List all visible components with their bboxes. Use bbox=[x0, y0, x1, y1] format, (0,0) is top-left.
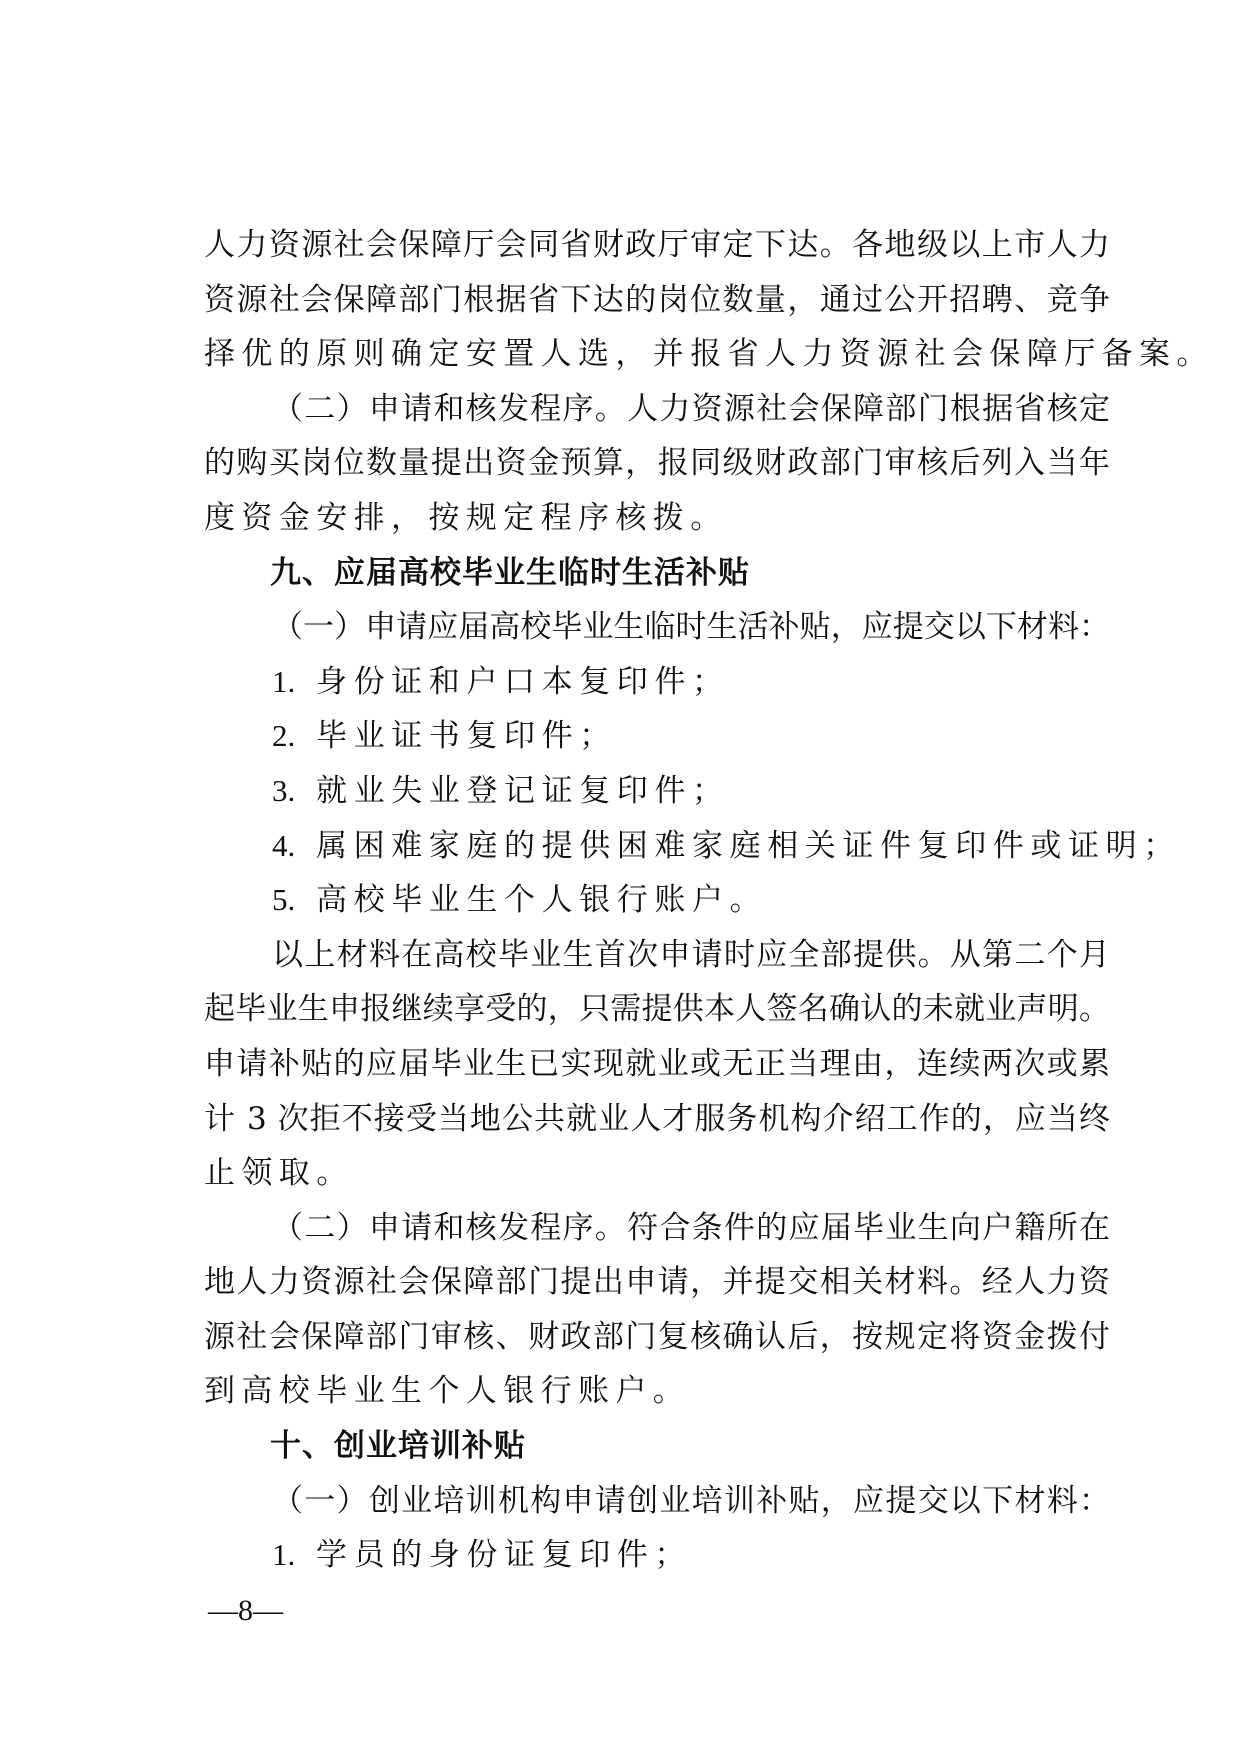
list-number: 4. bbox=[272, 819, 316, 874]
list-item: 3.就业失业登记证复印件； bbox=[204, 764, 1110, 819]
paragraph-line: 地人力资源社会保障部门提出申请，并提交相关材料。经人力资 bbox=[204, 1255, 1110, 1310]
paragraph-line: 度资金安排，按规定程序核拨。 bbox=[204, 491, 1110, 546]
paragraph-line: （一）创业培训机构申请创业培训补贴，应提交以下材料： bbox=[204, 1474, 1110, 1529]
list-number: 1. bbox=[272, 1528, 316, 1583]
paragraph-line: 择优的原则确定安置人选，并报省人力资源社会保障厅备案。 bbox=[204, 327, 1110, 382]
list-item: 5.高校毕业生个人银行账户。 bbox=[204, 873, 1110, 928]
paragraph-line: （二）申请和核发程序。符合条件的应届毕业生向户籍所在 bbox=[204, 1201, 1110, 1256]
list-number: 3. bbox=[272, 764, 316, 819]
paragraph-line: 到高校毕业生个人银行账户。 bbox=[204, 1364, 1110, 1419]
paragraph-line: 止领取。 bbox=[204, 1146, 1110, 1201]
paragraph-line: （一）申请应届高校毕业生临时生活补贴，应提交以下材料： bbox=[204, 600, 1110, 655]
paragraph-line: 人力资源社会保障厅会同省财政厅审定下达。各地级以上市人力 bbox=[204, 218, 1110, 273]
section-heading: 九、应届高校毕业生临时生活补贴 bbox=[204, 546, 1110, 601]
page-number: —8— bbox=[208, 1594, 283, 1628]
paragraph-line: 资源社会保障部门根据省下达的岗位数量，通过公开招聘、竞争 bbox=[204, 273, 1110, 328]
paragraph-line: （二）申请和核发程序。人力资源社会保障部门根据省核定 bbox=[204, 382, 1110, 437]
list-number: 5. bbox=[272, 873, 316, 928]
list-item: 4.属困难家庭的提供困难家庭相关证件复印件或证明； bbox=[204, 819, 1110, 874]
list-item: 1.身份证和户口本复印件； bbox=[204, 655, 1110, 710]
list-text: 属困难家庭的提供困难家庭相关证件复印件或证明； bbox=[316, 828, 1181, 864]
paragraph-line: 以上材料在高校毕业生首次申请时应全部提供。从第二个月 bbox=[204, 928, 1110, 983]
document-page: 人力资源社会保障厅会同省财政厅审定下达。各地级以上市人力 资源社会保障部门根据省… bbox=[204, 218, 1110, 1583]
list-text: 学员的身份证复印件； bbox=[316, 1537, 692, 1573]
list-item: 1.学员的身份证复印件； bbox=[204, 1528, 1110, 1583]
list-number: 1. bbox=[272, 655, 316, 710]
paragraph-line: 申请补贴的应届毕业生已实现就业或无正当理由，连续两次或累 bbox=[204, 1037, 1110, 1092]
paragraph-line: 源社会保障部门审核、财政部门复核确认后，按规定将资金拨付 bbox=[204, 1310, 1110, 1365]
paragraph-line: 起毕业生申报继续享受的，只需提供本人签名确认的未就业声明。 bbox=[204, 982, 1110, 1037]
list-number: 2. bbox=[272, 709, 316, 764]
section-heading: 十、创业培训补贴 bbox=[204, 1419, 1110, 1474]
list-text: 就业失业登记证复印件； bbox=[316, 773, 730, 809]
paragraph-line: 计 3 次拒不接受当地公共就业人才服务机构介绍工作的，应当终 bbox=[204, 1092, 1110, 1147]
paragraph-line: 的购买岗位数量提出资金预算，报同级财政部门审核后列入当年 bbox=[204, 436, 1110, 491]
list-text: 身份证和户口本复印件； bbox=[316, 664, 730, 700]
list-text: 高校毕业生个人银行账户。 bbox=[316, 882, 767, 918]
list-text: 毕业证书复印件； bbox=[316, 718, 617, 754]
list-item: 2.毕业证书复印件； bbox=[204, 709, 1110, 764]
